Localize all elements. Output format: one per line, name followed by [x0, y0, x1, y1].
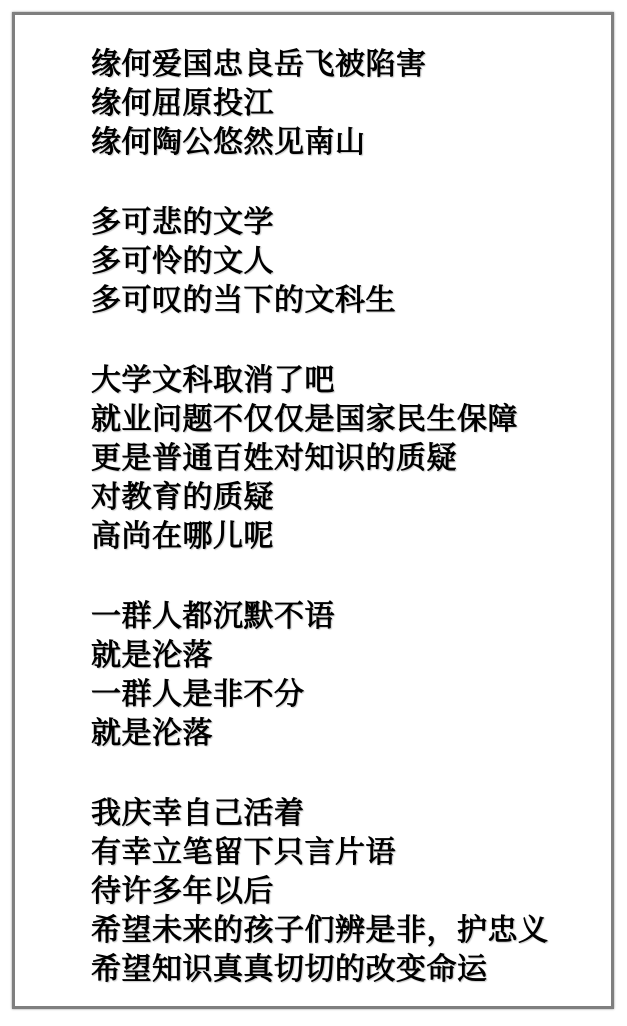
poem-line: 缘何爱国忠良岳飞被陷害 — [91, 45, 601, 84]
poem-line: 高尚在哪儿呢 — [91, 517, 601, 556]
image-canvas: { "colors": { "background": "#ffffff", "… — [0, 0, 627, 1026]
poem-line: 多可悲的文学 — [91, 203, 601, 242]
poem-frame: 缘何爱国忠良岳飞被陷害缘何屈原投江缘何陶公悠然见南山多可悲的文学多可怜的文人多可… — [12, 12, 614, 1009]
poem-line: 有幸立笔留下只言片语 — [91, 833, 601, 872]
poem-line: 大学文科取消了吧 — [91, 361, 601, 400]
poem-line: 希望知识真真切切的改变命运 — [91, 950, 601, 989]
poem-line: 多可叹的当下的文科生 — [91, 281, 601, 320]
stanza: 缘何爱国忠良岳飞被陷害缘何屈原投江缘何陶公悠然见南山 — [91, 45, 601, 162]
poem-line: 多可怜的文人 — [91, 242, 601, 281]
stanza: 多可悲的文学多可怜的文人多可叹的当下的文科生 — [91, 203, 601, 320]
poem-line: 就业问题不仅仅是国家民生保障 — [91, 400, 601, 439]
poem-line: 就是沦落 — [91, 636, 601, 675]
poem-line: 缘何屈原投江 — [91, 84, 601, 123]
stanza: 一群人都沉默不语就是沦落一群人是非不分就是沦落 — [91, 597, 601, 753]
poem-line: 对教育的质疑 — [91, 478, 601, 517]
poem-line: 更是普通百姓对知识的质疑 — [91, 439, 601, 478]
stanza: 大学文科取消了吧就业问题不仅仅是国家民生保障更是普通百姓对知识的质疑对教育的质疑… — [91, 361, 601, 556]
poem-line: 我庆幸自己活着 — [91, 794, 601, 833]
poem-line: 就是沦落 — [91, 714, 601, 753]
poem-line: 待许多年以后 — [91, 872, 601, 911]
poem-line: 缘何陶公悠然见南山 — [91, 123, 601, 162]
poem: 缘何爱国忠良岳飞被陷害缘何屈原投江缘何陶公悠然见南山多可悲的文学多可怜的文人多可… — [91, 45, 601, 989]
poem-line: 一群人都沉默不语 — [91, 597, 601, 636]
stanza: 我庆幸自己活着有幸立笔留下只言片语待许多年以后希望未来的孩子们辨是非，护忠义希望… — [91, 794, 601, 989]
poem-line: 希望未来的孩子们辨是非，护忠义 — [91, 911, 601, 950]
poem-line: 一群人是非不分 — [91, 675, 601, 714]
